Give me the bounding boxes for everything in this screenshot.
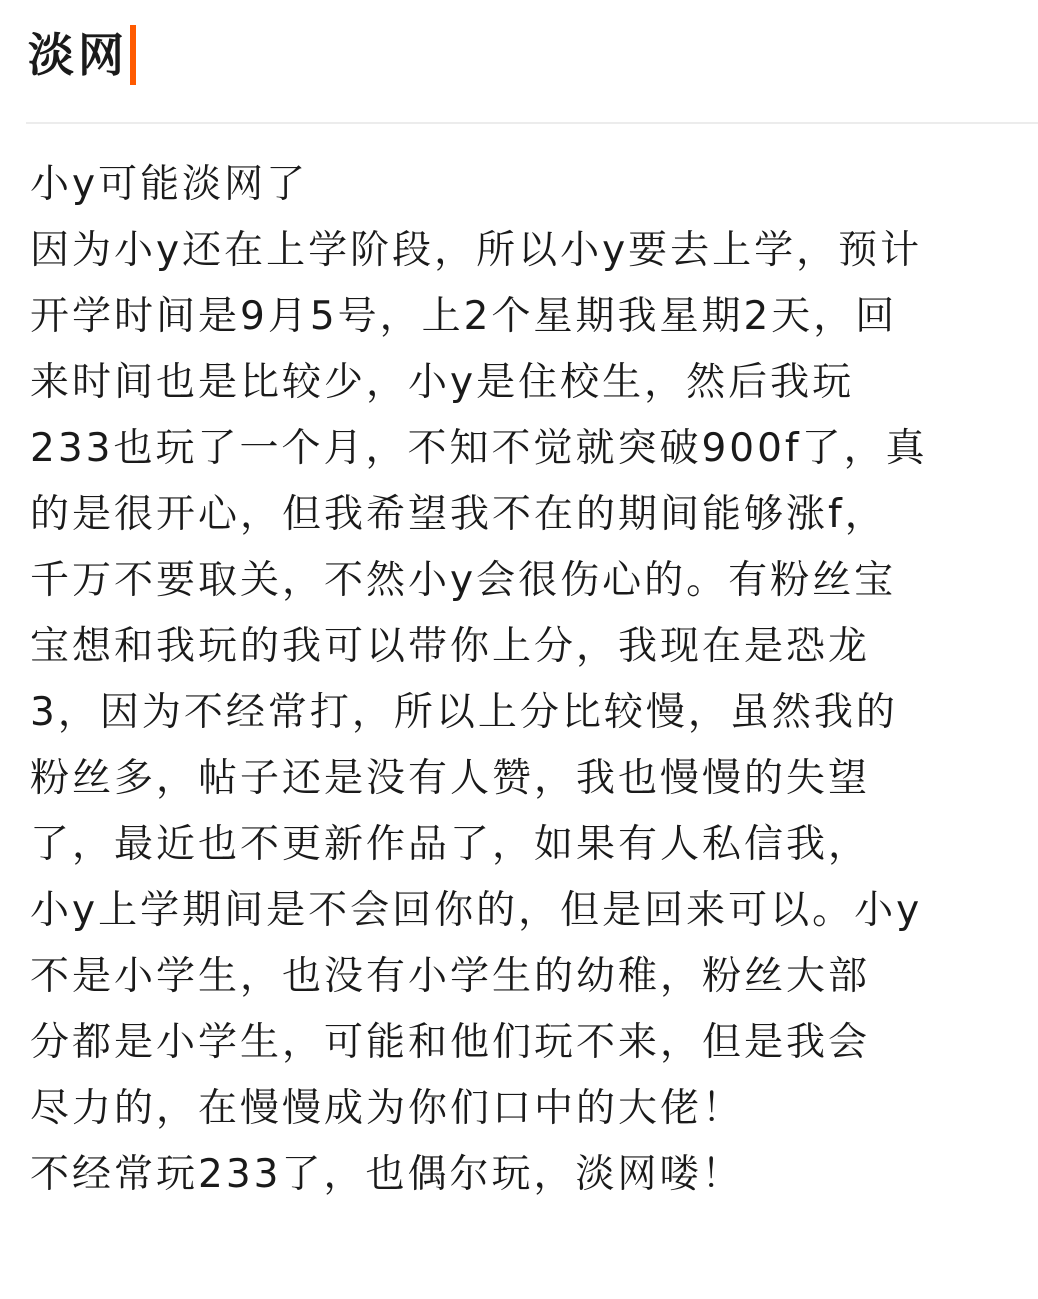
post-header: 淡网 bbox=[28, 24, 136, 86]
post-line: 粉丝多，帖子还是没有人赞，我也慢慢的失望 bbox=[30, 746, 1020, 812]
post-line: 宝想和我玩的我可以带你上分，我现在是恐龙 bbox=[30, 614, 1020, 680]
post-line: 分都是小学生，可能和他们玩不来，但是我会 bbox=[30, 1010, 1020, 1076]
post-line: 的是很开心，但我希望我不在的期间能够涨f， bbox=[30, 482, 1020, 548]
post-line: 233也玩了一个月，不知不觉就突破900f了，真 bbox=[30, 416, 1020, 482]
post-line: 尽力的，在慢慢成为你们口中的大佬！ bbox=[30, 1076, 1020, 1142]
post-line: 来时间也是比较少，小y是住校生，然后我玩 bbox=[30, 350, 1020, 416]
post-line: 小y上学期间是不会回你的，但是回来可以。小y bbox=[30, 878, 1020, 944]
post-line: 小y可能淡网了 bbox=[30, 152, 1020, 218]
post-line: 不经常玩233了，也偶尔玩，淡网喽！ bbox=[30, 1142, 1020, 1208]
post-line: 不是小学生，也没有小学生的幼稚，粉丝大部 bbox=[30, 944, 1020, 1010]
post-line: 因为小y还在上学阶段，所以小y要去上学，预计 bbox=[30, 218, 1020, 284]
post-line: 千万不要取关，不然小y会很伤心的。有粉丝宝 bbox=[30, 548, 1020, 614]
post-line: 3，因为不经常打，所以上分比较慢，虽然我的 bbox=[30, 680, 1020, 746]
header-divider bbox=[26, 122, 1038, 124]
post-line: 了，最近也不更新作品了，如果有人私信我， bbox=[30, 812, 1020, 878]
post-title: 淡网 bbox=[28, 24, 128, 86]
post-body: 小y可能淡网了 因为小y还在上学阶段，所以小y要去上学，预计 开学时间是9月5号… bbox=[30, 152, 1020, 1208]
title-accent-bar bbox=[130, 25, 136, 85]
post-line: 开学时间是9月5号，上2个星期我星期2天，回 bbox=[30, 284, 1020, 350]
